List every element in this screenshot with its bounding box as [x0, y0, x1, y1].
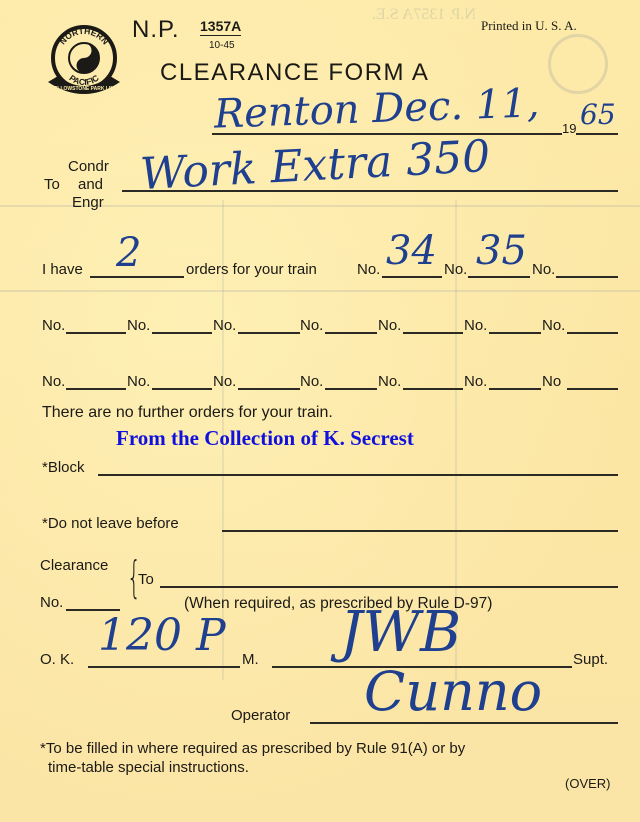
- ok-time-field: [88, 666, 240, 668]
- railroad-initials: N.P.: [132, 16, 180, 44]
- order-no-2-handwritten[interactable]: 35: [476, 228, 527, 274]
- order-no-line-1: [382, 276, 442, 278]
- row2-no: No.: [42, 373, 65, 390]
- to-line: [122, 190, 618, 192]
- label-do-not-leave: *Do not leave before: [42, 515, 179, 532]
- label-condr: Condr: [68, 158, 109, 175]
- row2-field[interactable]: [325, 388, 377, 390]
- row1-no: No.: [127, 317, 150, 334]
- label-to: To: [44, 176, 60, 193]
- footnote-line-1: *To be filled in where required as presc…: [40, 740, 465, 757]
- row2-no: No.: [378, 373, 401, 390]
- orders-count-handwritten[interactable]: 2: [116, 230, 141, 276]
- no-further-orders: There are no further orders for your tra…: [42, 404, 333, 422]
- label-supt: Supt.: [573, 651, 608, 668]
- row1-field[interactable]: [66, 332, 126, 334]
- place-date-line: [212, 133, 562, 135]
- row1-no: No.: [378, 317, 401, 334]
- orders-count-line: [90, 276, 184, 278]
- ghost-reverse-text: N.P. 1357A S.E.: [372, 6, 476, 24]
- label-block: *Block: [42, 459, 85, 476]
- row2-field[interactable]: [489, 388, 541, 390]
- label-clearance: Clearance: [40, 557, 108, 574]
- row1-no: No.: [464, 317, 487, 334]
- row1-field[interactable]: [325, 332, 377, 334]
- label-no-3: No.: [532, 261, 555, 278]
- label-i-have: I have: [42, 261, 83, 278]
- order-no-1-handwritten[interactable]: 34: [386, 228, 437, 274]
- form-revision-date: 10-45: [209, 40, 235, 51]
- printed-in-usa: Printed in U. S. A.: [481, 18, 577, 34]
- row1-field[interactable]: [403, 332, 463, 334]
- label-clearance-no: No.: [40, 594, 63, 611]
- order-no-line-2: [468, 276, 530, 278]
- row1-no: No.: [542, 317, 565, 334]
- over-indicator: (OVER): [565, 776, 611, 791]
- year-prefix: 19: [562, 121, 576, 136]
- label-and: and: [78, 176, 103, 193]
- label-orders-for-train: orders for your train: [186, 261, 317, 278]
- row2-field[interactable]: [403, 388, 463, 390]
- ghost-line: [0, 290, 640, 292]
- svg-text:YELLOWSTONE PARK LINE: YELLOWSTONE PARK LINE: [51, 86, 118, 92]
- ok-time-handwritten[interactable]: 120 P: [98, 610, 226, 661]
- row1-field[interactable]: [567, 332, 618, 334]
- row1-field[interactable]: [152, 332, 212, 334]
- clearance-to-field[interactable]: [160, 586, 618, 588]
- row1-field[interactable]: [489, 332, 541, 334]
- label-m: M.: [242, 651, 259, 668]
- footnote-line-2: time-table special instructions.: [48, 759, 249, 776]
- row2-field[interactable]: [567, 388, 618, 390]
- label-operator: Operator: [231, 707, 290, 724]
- operator-signature[interactable]: Cunno: [364, 660, 542, 723]
- label-clearance-to: To: [138, 571, 154, 588]
- row2-no: No.: [127, 373, 150, 390]
- row2-no: No: [542, 373, 561, 390]
- year-line: [576, 133, 618, 135]
- form-number: 1357A: [200, 18, 241, 36]
- year-handwritten[interactable]: 65: [580, 98, 616, 131]
- label-ok: O. K.: [40, 651, 74, 668]
- row1-no: No.: [213, 317, 236, 334]
- row2-no: No.: [464, 373, 487, 390]
- row2-field[interactable]: [152, 388, 212, 390]
- row2-no: No.: [213, 373, 236, 390]
- row1-no: No.: [42, 317, 65, 334]
- label-engr: Engr: [72, 194, 104, 211]
- row2-field[interactable]: [66, 388, 126, 390]
- row2-field[interactable]: [238, 388, 300, 390]
- label-no-2: No.: [444, 261, 467, 278]
- form-title: CLEARANCE FORM A: [160, 59, 429, 87]
- label-no-1: No.: [357, 261, 380, 278]
- row1-no: No.: [300, 317, 323, 334]
- do-not-leave-field[interactable]: [222, 530, 618, 532]
- block-field[interactable]: [98, 474, 618, 476]
- row2-no: No.: [300, 373, 323, 390]
- order-no-line-3: [556, 276, 618, 278]
- collection-watermark: From the Collection of K. Secrest: [116, 426, 414, 451]
- supt-initials-handwritten[interactable]: JWB: [340, 600, 461, 665]
- ghost-reverse-logo: [548, 34, 608, 94]
- northern-pacific-logo: NORTHERN PACIFIC YELLOWSTONE PARK LINE: [46, 24, 122, 100]
- row1-field[interactable]: [238, 332, 300, 334]
